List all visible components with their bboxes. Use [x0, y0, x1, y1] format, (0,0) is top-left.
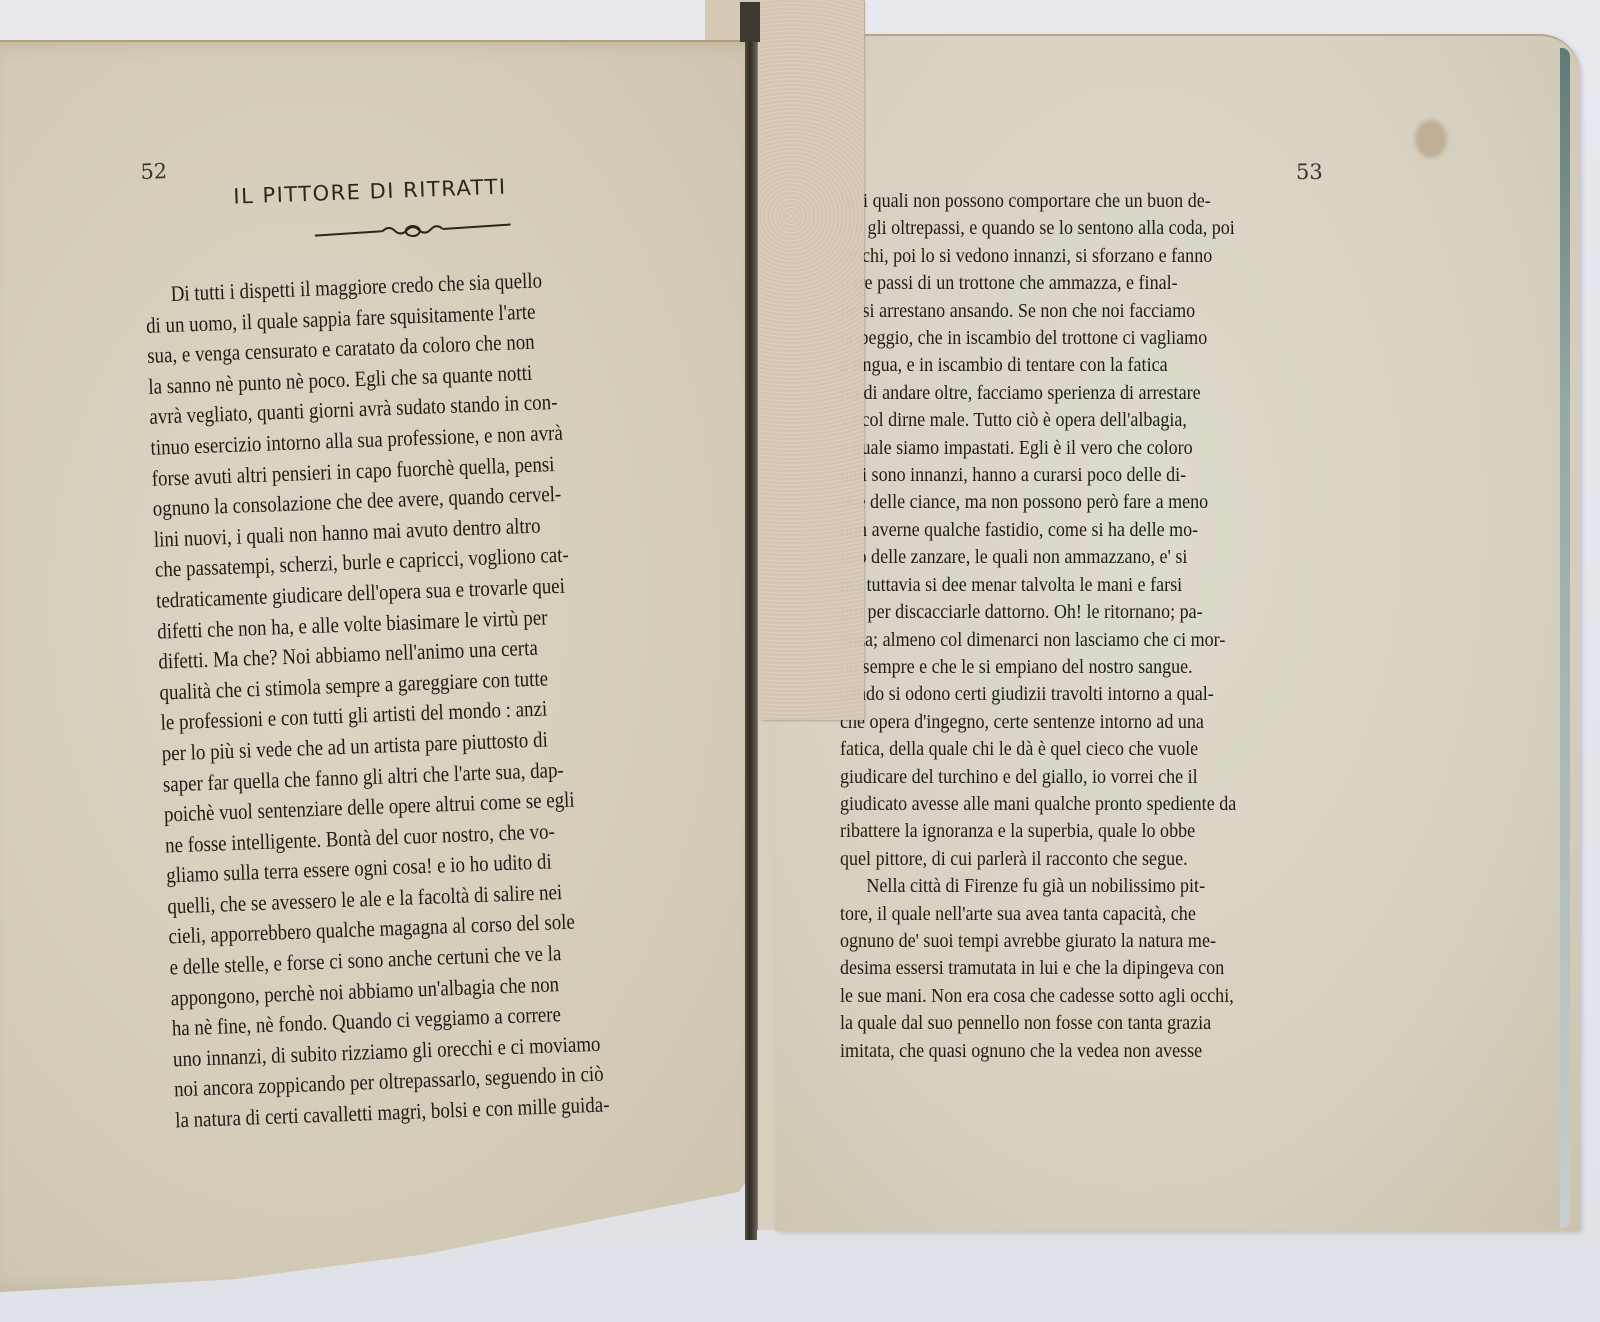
text-line: uando si odono certi giudizii travolti i… — [840, 681, 1298, 708]
text-line: ite si arrestano ansando. Se non che noi… — [840, 298, 1298, 325]
left-page-body: Di tutti i dispetti il maggiore credo ch… — [144, 259, 735, 1136]
page-number-left: 52 — [140, 159, 168, 184]
text-line: giudicato avesse alle mani qualche pront… — [840, 791, 1298, 818]
chapter-title: IL PITTORE DI RITRATTI — [233, 175, 507, 209]
ornament-rule-icon — [313, 218, 514, 243]
text-line: ribattere la ignoranza e la superbia, qu… — [840, 818, 1298, 845]
text-line: enza; almeno col dimenarci non lasciamo … — [840, 627, 1298, 654]
repair-tape — [760, 0, 864, 720]
text-line: ognuno de' suoi tempi avrebbe giurato la… — [840, 928, 1298, 955]
text-line: desima essersi tramutata in lui e che la… — [840, 955, 1298, 982]
text-line: non averne qualche fastidio, come si ha … — [840, 517, 1298, 544]
text-line: tore, il quale nell'arte sua avea tanta … — [840, 901, 1298, 928]
text-line: le o delle zanzare, le quali non ammazza… — [840, 544, 1298, 571]
text-line: no sempre e che le si empiano del nostro… — [840, 654, 1298, 681]
text-line: a lingua, e in iscambio di tentare con l… — [840, 352, 1298, 379]
text-line: la quale dal suo pennello non fosse con … — [840, 1010, 1298, 1037]
text-line: a quale siamo impastati. Egli è il vero … — [840, 435, 1298, 462]
text-line: ma tuttavia si dee menar talvolta le man… — [840, 572, 1298, 599]
text-line: nto per discacciarle dattorno. Oh! le ri… — [840, 599, 1298, 626]
text-line: che opera d'ingegno, certe sentenze into… — [840, 709, 1298, 736]
tape-shadow — [740, 2, 760, 42]
text-line: giudicare del turchino e del giallo, io … — [840, 764, 1298, 791]
right-page-body: hi, i quali non possono comportare che u… — [840, 188, 1360, 1065]
text-line: tra di andare oltre, facciamo sperienza … — [840, 380, 1298, 407]
text-line: imitata, che quasi ognuno che la vedea n… — [840, 1038, 1298, 1065]
text-line: va col dirne male. Tutto ciò è opera del… — [840, 407, 1298, 434]
text-line: ero gli oltrepassi, e quando se lo sento… — [840, 215, 1298, 242]
text-line: quel pittore, di cui parlerà il racconto… — [840, 846, 1298, 873]
left-page: 52 IL PITTORE DI RITRATTI Di tutti i dis… — [0, 40, 770, 1292]
text-line: ie e delle ciance, ma non possono però f… — [840, 489, 1298, 516]
left-page-content: 52 IL PITTORE DI RITRATTI Di tutti i dis… — [140, 138, 740, 160]
text-line: or peggio, che in iscambio del trottone … — [840, 325, 1298, 352]
text-line: le sue mani. Non era cosa che cadesse so… — [840, 983, 1298, 1010]
text-line: fatica, della quale chi le dà è quel cie… — [840, 736, 1298, 763]
book-gutter — [745, 0, 757, 1240]
text-line: uali sono innanzi, hanno a curarsi poco … — [840, 462, 1298, 489]
text-line: o tre passi di un trottone che ammazza, … — [840, 270, 1298, 297]
page-number-right: 53 — [1296, 160, 1323, 184]
paper-stain — [1415, 120, 1447, 158]
cover-edge — [1560, 48, 1570, 1228]
text-line: hi, i quali non possono comportare che u… — [840, 188, 1298, 215]
text-line: ianchi, poi lo si vedono innanzi, si sfo… — [840, 243, 1298, 270]
text-line: Nella città di Firenze fu già un nobilis… — [840, 873, 1298, 900]
right-page: 53 hi, i quali non possono comportare ch… — [775, 34, 1580, 1231]
